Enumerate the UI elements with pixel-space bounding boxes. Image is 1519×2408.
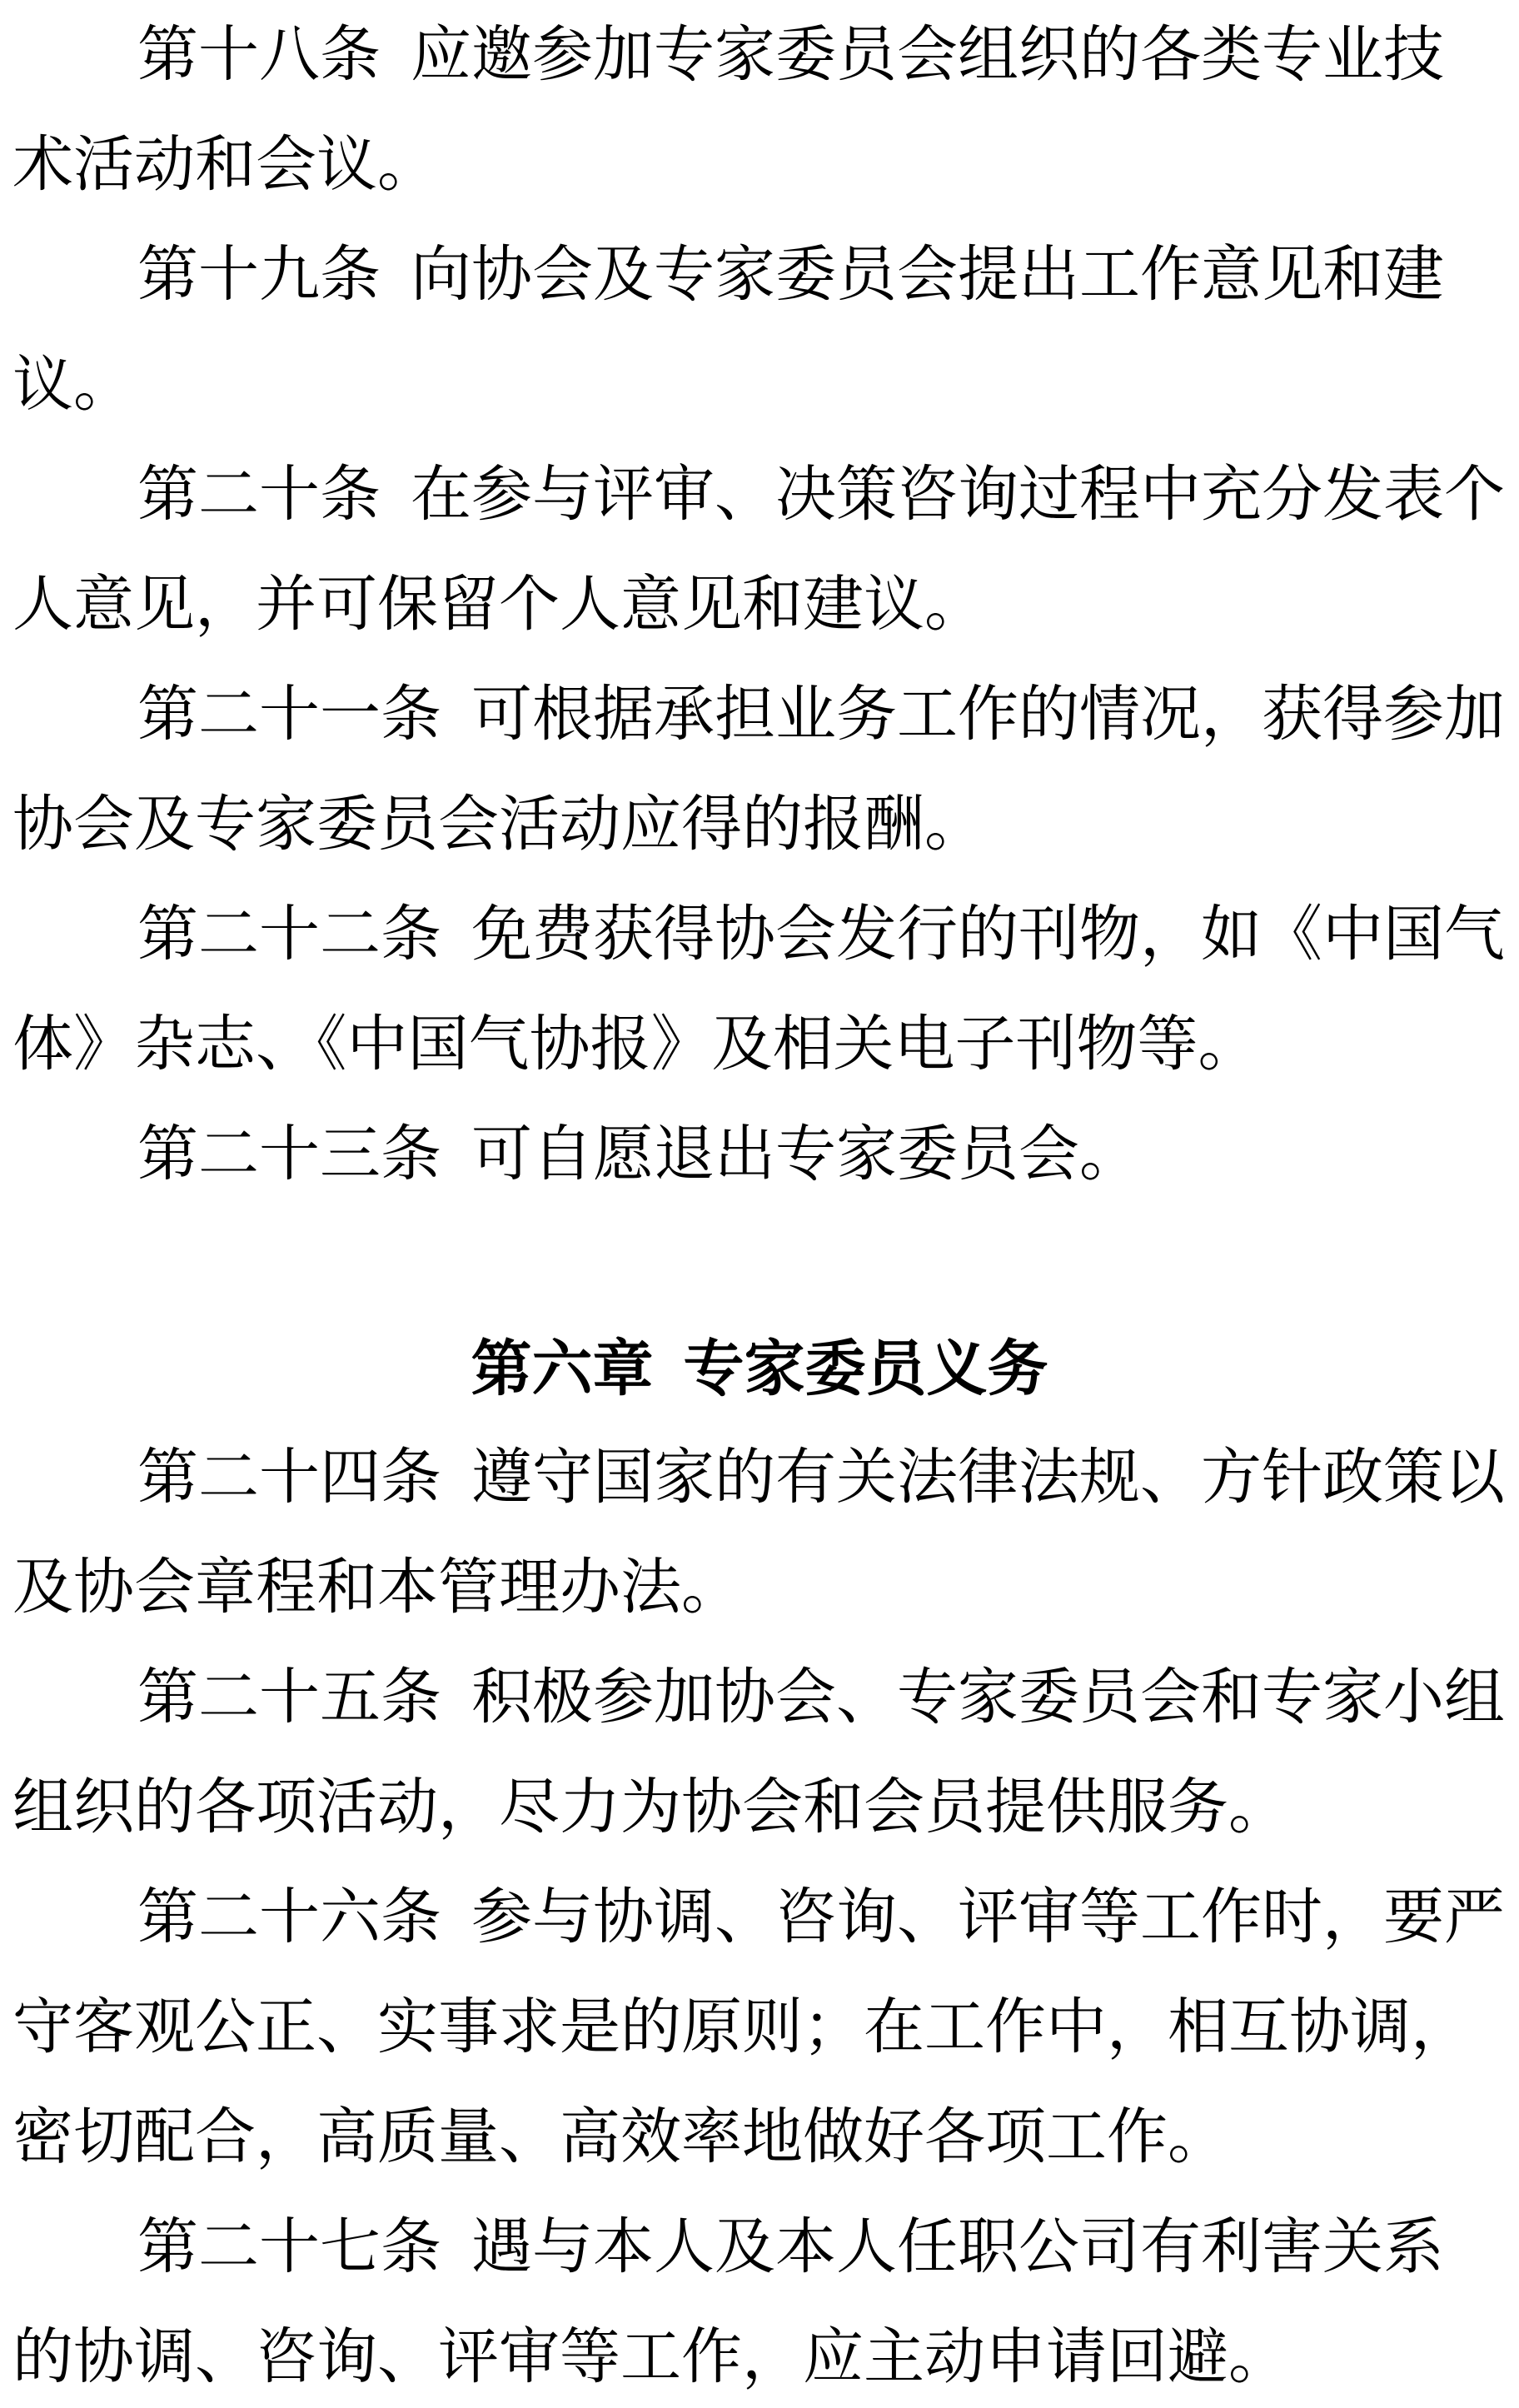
article-label: 第二十条 [137, 461, 381, 528]
article-text: 议。 [12, 351, 134, 418]
article-text: 可自愿退出专家委员会。 [471, 1120, 1140, 1188]
article-27-line-1: 第二十七条遇与本人及本人任职公司有利害关系 [137, 2192, 1444, 2302]
article-text: 体》杂志、《中国气协报》及相关电子刊物等。 [12, 1010, 1259, 1078]
article-text: 的协调、咨询、评审等工作，应主动申请回避。 [12, 2323, 1289, 2391]
chapter-number: 第六章 [471, 1335, 654, 1403]
article-24-line-2: 及协会章程和本管理办法。 [12, 1533, 742, 1643]
article-25-line-1: 第二十五条积极参加协会、专家委员会和专家小组 [137, 1643, 1505, 1752]
article-label: 第十九条 [137, 241, 381, 308]
article-text: 守客观公正、实事求是的原则；在工作中，相互协调， [12, 1993, 1472, 2061]
article-22-line-1: 第二十二条免费获得协会发行的刊物，如《中国气 [137, 880, 1505, 990]
article-21-line-1: 第二十一条可根据承担业务工作的情况，获得参加 [137, 660, 1505, 770]
article-text: 遇与本人及本人任职公司有利害关系 [471, 2213, 1444, 2281]
article-19-line-2: 议。 [12, 330, 134, 440]
article-text: 及协会章程和本管理办法。 [12, 1553, 742, 1621]
article-text: 遵守国家的有关法律法规、方针政策以 [471, 1443, 1505, 1511]
article-27-line-2: 的协调、咨询、评审等工作，应主动申请回避。 [12, 2302, 1289, 2408]
article-label: 第二十七条 [137, 2213, 441, 2281]
article-25-line-2: 组织的各项活动，尽力为协会和会员提供服务。 [12, 1752, 1289, 1862]
article-text: 在参与评审、决策咨询过程中充分发表个 [411, 461, 1505, 528]
article-text: 参与协调、咨询、评审等工作时，要严 [471, 1883, 1505, 1951]
article-26-line-2: 守客观公正、实事求是的原则；在工作中，相互协调， [12, 1972, 1472, 2082]
article-text: 人意见，并可保留个人意见和建议。 [12, 571, 985, 638]
article-23-line-1: 第二十三条可自愿退出专家委员会。 [137, 1099, 1140, 1209]
article-text: 免费获得协会发行的刊物，如《中国气 [471, 900, 1505, 968]
article-label: 第二十一条 [137, 681, 441, 748]
article-label: 第二十四条 [137, 1443, 441, 1511]
article-19-line-1: 第十九条向协会及专家委员会提出工作意见和建 [137, 220, 1444, 330]
article-21-line-2: 协会及专家委员会活动应得的报酬。 [12, 770, 985, 880]
article-26-line-1: 第二十六条参与协调、咨询、评审等工作时，要严 [137, 1862, 1505, 1972]
article-text: 组织的各项活动，尽力为协会和会员提供服务。 [12, 1773, 1289, 1841]
article-label: 第二十三条 [137, 1120, 441, 1188]
article-label: 第十八条 [137, 21, 381, 88]
document-page: 第十八条应邀参加专家委员会组织的各类专业技 术活动和会议。 第十九条向协会及专家… [0, 0, 1519, 2408]
chapter-heading: 第六章专家委员义务 [0, 1314, 1519, 1424]
article-text: 向协会及专家委员会提出工作意见和建 [411, 241, 1444, 308]
article-text: 协会及专家委员会活动应得的报酬。 [12, 790, 985, 858]
chapter-title: 专家委员义务 [684, 1335, 1048, 1403]
article-label: 第二十二条 [137, 900, 441, 968]
article-20-line-1: 第二十条在参与评审、决策咨询过程中充分发表个 [137, 440, 1505, 550]
article-text: 术活动和会议。 [12, 131, 438, 198]
article-22-line-2: 体》杂志、《中国气协报》及相关电子刊物等。 [12, 990, 1259, 1099]
article-text: 应邀参加专家委员会组织的各类专业技 [411, 21, 1444, 88]
article-24-line-1: 第二十四条遵守国家的有关法律法规、方针政策以 [137, 1423, 1505, 1533]
article-20-line-2: 人意见，并可保留个人意见和建议。 [12, 550, 985, 660]
article-text: 积极参加协会、专家委员会和专家小组 [471, 1663, 1505, 1731]
article-18-line-2: 术活动和会议。 [12, 110, 438, 220]
article-26-line-3: 密切配合，高质量、高效率地做好各项工作。 [12, 2082, 1228, 2192]
article-label: 第二十六条 [137, 1883, 441, 1951]
article-label: 第二十五条 [137, 1663, 441, 1731]
article-text: 可根据承担业务工作的情况，获得参加 [471, 681, 1505, 748]
article-18-line-1: 第十八条应邀参加专家委员会组织的各类专业技 [137, 0, 1444, 110]
article-text: 密切配合，高质量、高效率地做好各项工作。 [12, 2103, 1228, 2171]
